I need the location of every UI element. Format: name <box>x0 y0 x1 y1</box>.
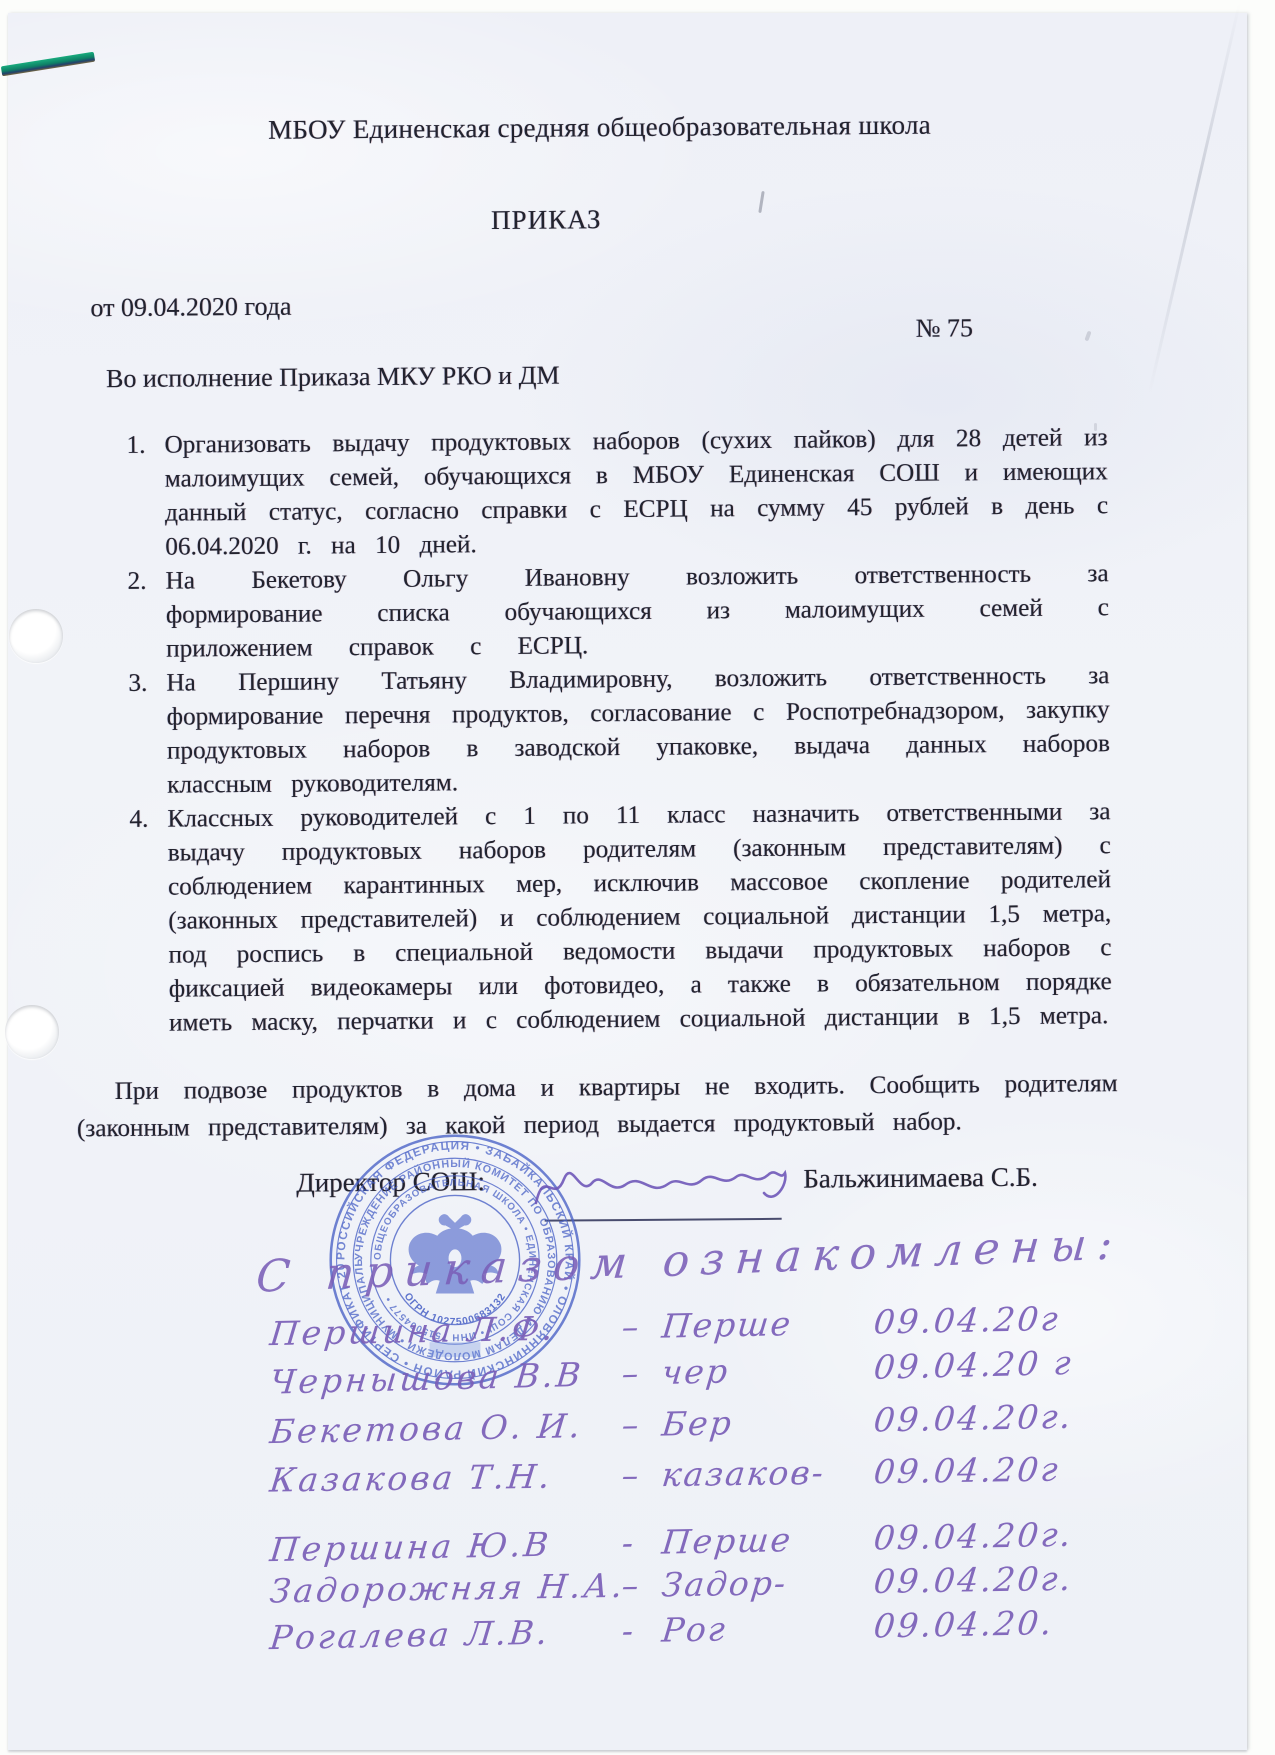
signer-name: Казакова Т.Н. <box>268 1456 624 1500</box>
signer-signature: чер <box>660 1348 876 1392</box>
dash: – <box>620 1307 664 1347</box>
punch-hole <box>5 1005 59 1059</box>
signer-name: Чернышова В.В <box>268 1354 624 1402</box>
signer-name: Рогалева Л.В. <box>268 1611 624 1657</box>
ack-signature-row: Рогалева Л.В.-Рог09.04.20. <box>268 1600 1222 1657</box>
signer-signature: Бер <box>660 1400 876 1443</box>
dash: - <box>620 1523 664 1563</box>
acknowledged-line: С приказом ознакомлены: <box>254 1218 1125 1303</box>
signature-date: 09.04.20 г <box>872 1343 1075 1387</box>
signature-date: 09.04.20г. <box>872 1397 1075 1440</box>
ack-signature-row: Бекетова О. И.–Бер09.04.20г. <box>268 1394 1222 1451</box>
signer-name: Бекетова О. И. <box>268 1405 624 1451</box>
ack-signature-row: Казакова Т.Н.–казаков-09.04.20г <box>268 1447 1222 1499</box>
signer-name: Першина Л.Ф. <box>268 1307 624 1353</box>
dash: – <box>620 1405 664 1445</box>
signer-signature: Перше <box>660 1302 876 1345</box>
signer-signature: казаков- <box>660 1452 876 1494</box>
signer-signature: Рог <box>660 1606 876 1649</box>
dash: – <box>620 1455 664 1495</box>
dash: - <box>620 1611 664 1651</box>
signature-date: 09.04.20. <box>872 1603 1056 1646</box>
signer-signature: Перше <box>660 1518 876 1561</box>
signer-name: Першина Ю.В <box>268 1523 624 1569</box>
dash: – <box>620 1353 664 1393</box>
signature-date: 09.04.20г <box>872 1450 1062 1492</box>
punch-hole <box>9 609 63 663</box>
scan-speck <box>1094 423 1097 431</box>
handwritten-layer: С приказом ознакомлены: Першина Л.Ф.–Пер… <box>8 13 1247 1750</box>
signature-date: 09.04.20г <box>872 1299 1062 1342</box>
dash: – <box>620 1565 664 1605</box>
paper-sheet: МБОУ Единенская средняя общеобразователь… <box>8 13 1247 1750</box>
signer-signature: Задор- <box>660 1562 876 1604</box>
signer-name: Задорожняя Н.А. <box>268 1566 624 1611</box>
signature-date: 09.04.20г. <box>872 1515 1075 1558</box>
signature-date: 09.04.20г. <box>872 1559 1075 1601</box>
